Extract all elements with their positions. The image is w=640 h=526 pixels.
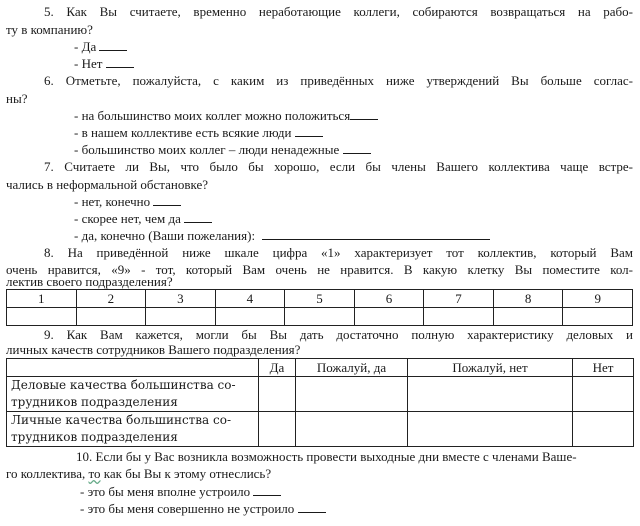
answer-cell-no[interactable] xyxy=(573,377,634,412)
scale-cell[interactable] xyxy=(424,308,494,326)
q6-option-2: - в нашем коллективе есть всякие люди xyxy=(74,124,323,142)
row-label-line: трудников подразделения xyxy=(11,430,178,444)
scale-number: 6 xyxy=(354,290,424,308)
question-10-text: 10. Если бы у Вас возникла возможность п… xyxy=(76,448,577,466)
question-8-text: 8. На приведённой ниже шкале цифра «1» х… xyxy=(44,244,633,262)
column-header-probably-yes: Пожалуй, да xyxy=(296,359,408,377)
table-row: Деловые качества большинства со-труднико… xyxy=(7,377,634,412)
qualities-header-row: Да Пожалуй, да Пожалуй, нет Нет xyxy=(7,359,634,377)
answer-blank[interactable] xyxy=(106,55,134,68)
scale-number: 5 xyxy=(285,290,355,308)
option-label: - это бы меня совершенно не устроило xyxy=(80,501,294,516)
scale-number: 7 xyxy=(424,290,494,308)
q10-option-2: - это бы меня совершенно не устроило xyxy=(80,500,326,518)
scale-header-row: 1 2 3 4 5 6 7 8 9 xyxy=(7,290,633,308)
row-label-business: Деловые качества большинства со-труднико… xyxy=(7,377,259,412)
option-label: - скорее нет, чем да xyxy=(74,211,181,226)
wishes-blank[interactable] xyxy=(262,227,490,240)
table-row: Личные качества большинства со-трудников… xyxy=(7,412,634,447)
option-label: - большинство моих коллег – люди ненадеж… xyxy=(74,142,339,157)
answer-blank[interactable] xyxy=(295,124,323,137)
question-5-text-cont: ту в компанию? xyxy=(6,21,93,39)
option-label: - на большинство моих коллег можно полож… xyxy=(74,108,350,123)
q7-option-1: - нет, конечно xyxy=(74,193,181,211)
answer-cell-yes[interactable] xyxy=(259,377,296,412)
q7-option-2: - скорее нет, чем да xyxy=(74,210,212,228)
answer-blank[interactable] xyxy=(350,107,378,120)
column-header-probably-no: Пожалуй, нет xyxy=(408,359,573,377)
row-label-line: Личные качества большинства со- xyxy=(11,413,231,427)
answer-blank[interactable] xyxy=(253,483,281,496)
qualities-table: Да Пожалуй, да Пожалуй, нет Нет Деловые … xyxy=(6,358,634,447)
row-label-line: трудников подразделения xyxy=(11,395,178,409)
column-header-yes: Да xyxy=(259,359,296,377)
row-label-line: Деловые качества большинства со- xyxy=(11,378,236,392)
scale-cell[interactable] xyxy=(7,308,77,326)
q5-option-no: - Нет xyxy=(74,55,134,73)
answer-cell-probably-no[interactable] xyxy=(408,412,573,447)
option-label: - нет, конечно xyxy=(74,194,150,209)
option-label: - Нет xyxy=(74,56,102,71)
question-10-text-cont: го коллектива, то как бы Вы к этому отне… xyxy=(6,465,271,483)
answer-cell-probably-yes[interactable] xyxy=(296,412,408,447)
answer-cell-no[interactable] xyxy=(573,412,634,447)
answer-blank[interactable] xyxy=(343,141,371,154)
option-label: - это бы меня вполне устроило xyxy=(80,484,250,499)
option-label: - Да xyxy=(74,39,96,54)
scale-number: 4 xyxy=(215,290,285,308)
question-7-text-cont: чались в неформальной обстановке? xyxy=(6,176,208,194)
option-label: - в нашем коллективе есть всякие люди xyxy=(74,125,291,140)
row-label-personal: Личные качества большинства со-трудников… xyxy=(7,412,259,447)
answer-blank[interactable] xyxy=(153,193,181,206)
answer-blank[interactable] xyxy=(184,210,212,223)
scale-number: 8 xyxy=(493,290,563,308)
scale-cell[interactable] xyxy=(493,308,563,326)
column-header-no: Нет xyxy=(573,359,634,377)
question-7-text: 7. Считаете ли Вы, что было бы хорошо, е… xyxy=(44,158,633,176)
q6-option-3: - большинство моих коллег – люди ненадеж… xyxy=(74,141,371,159)
answer-cell-yes[interactable] xyxy=(259,412,296,447)
q6-option-1: - на большинство моих коллег можно полож… xyxy=(74,107,378,125)
rating-scale-table: 1 2 3 4 5 6 7 8 9 xyxy=(6,289,633,326)
answer-cell-probably-yes[interactable] xyxy=(296,377,408,412)
scale-cell[interactable] xyxy=(563,308,633,326)
scale-cell[interactable] xyxy=(354,308,424,326)
question-6-text-cont: ны? xyxy=(6,90,27,108)
scale-number: 2 xyxy=(76,290,146,308)
scale-cell[interactable] xyxy=(215,308,285,326)
spellcheck-marked-word: то xyxy=(89,466,101,481)
question-5-text: 5. Как Вы считаете, временно неработающи… xyxy=(44,3,633,21)
answer-blank[interactable] xyxy=(298,500,326,513)
scale-number: 9 xyxy=(563,290,633,308)
scale-cell[interactable] xyxy=(76,308,146,326)
q10-text-part: как бы Вы к этому отнеслись? xyxy=(101,466,272,481)
answer-blank[interactable] xyxy=(99,38,127,51)
scale-cell[interactable] xyxy=(285,308,355,326)
question-6-text: 6. Отметьте, пожалуйста, с каким из прив… xyxy=(44,72,633,90)
q5-option-yes: - Да xyxy=(74,38,127,56)
scale-cell[interactable] xyxy=(146,308,216,326)
option-label: - да, конечно (Ваши пожелания): xyxy=(74,228,255,243)
question-9-text-cont: личных качеств сотрудников Вашего подраз… xyxy=(6,341,300,359)
q10-option-1: - это бы меня вполне устроило xyxy=(80,483,281,501)
answer-cell-probably-no[interactable] xyxy=(408,377,573,412)
scale-number: 1 xyxy=(7,290,77,308)
q7-option-3: - да, конечно (Ваши пожелания): xyxy=(74,227,490,245)
column-header-blank xyxy=(7,359,259,377)
scale-number: 3 xyxy=(146,290,216,308)
q10-text-part: го коллектива, xyxy=(6,466,89,481)
scale-answer-row xyxy=(7,308,633,326)
